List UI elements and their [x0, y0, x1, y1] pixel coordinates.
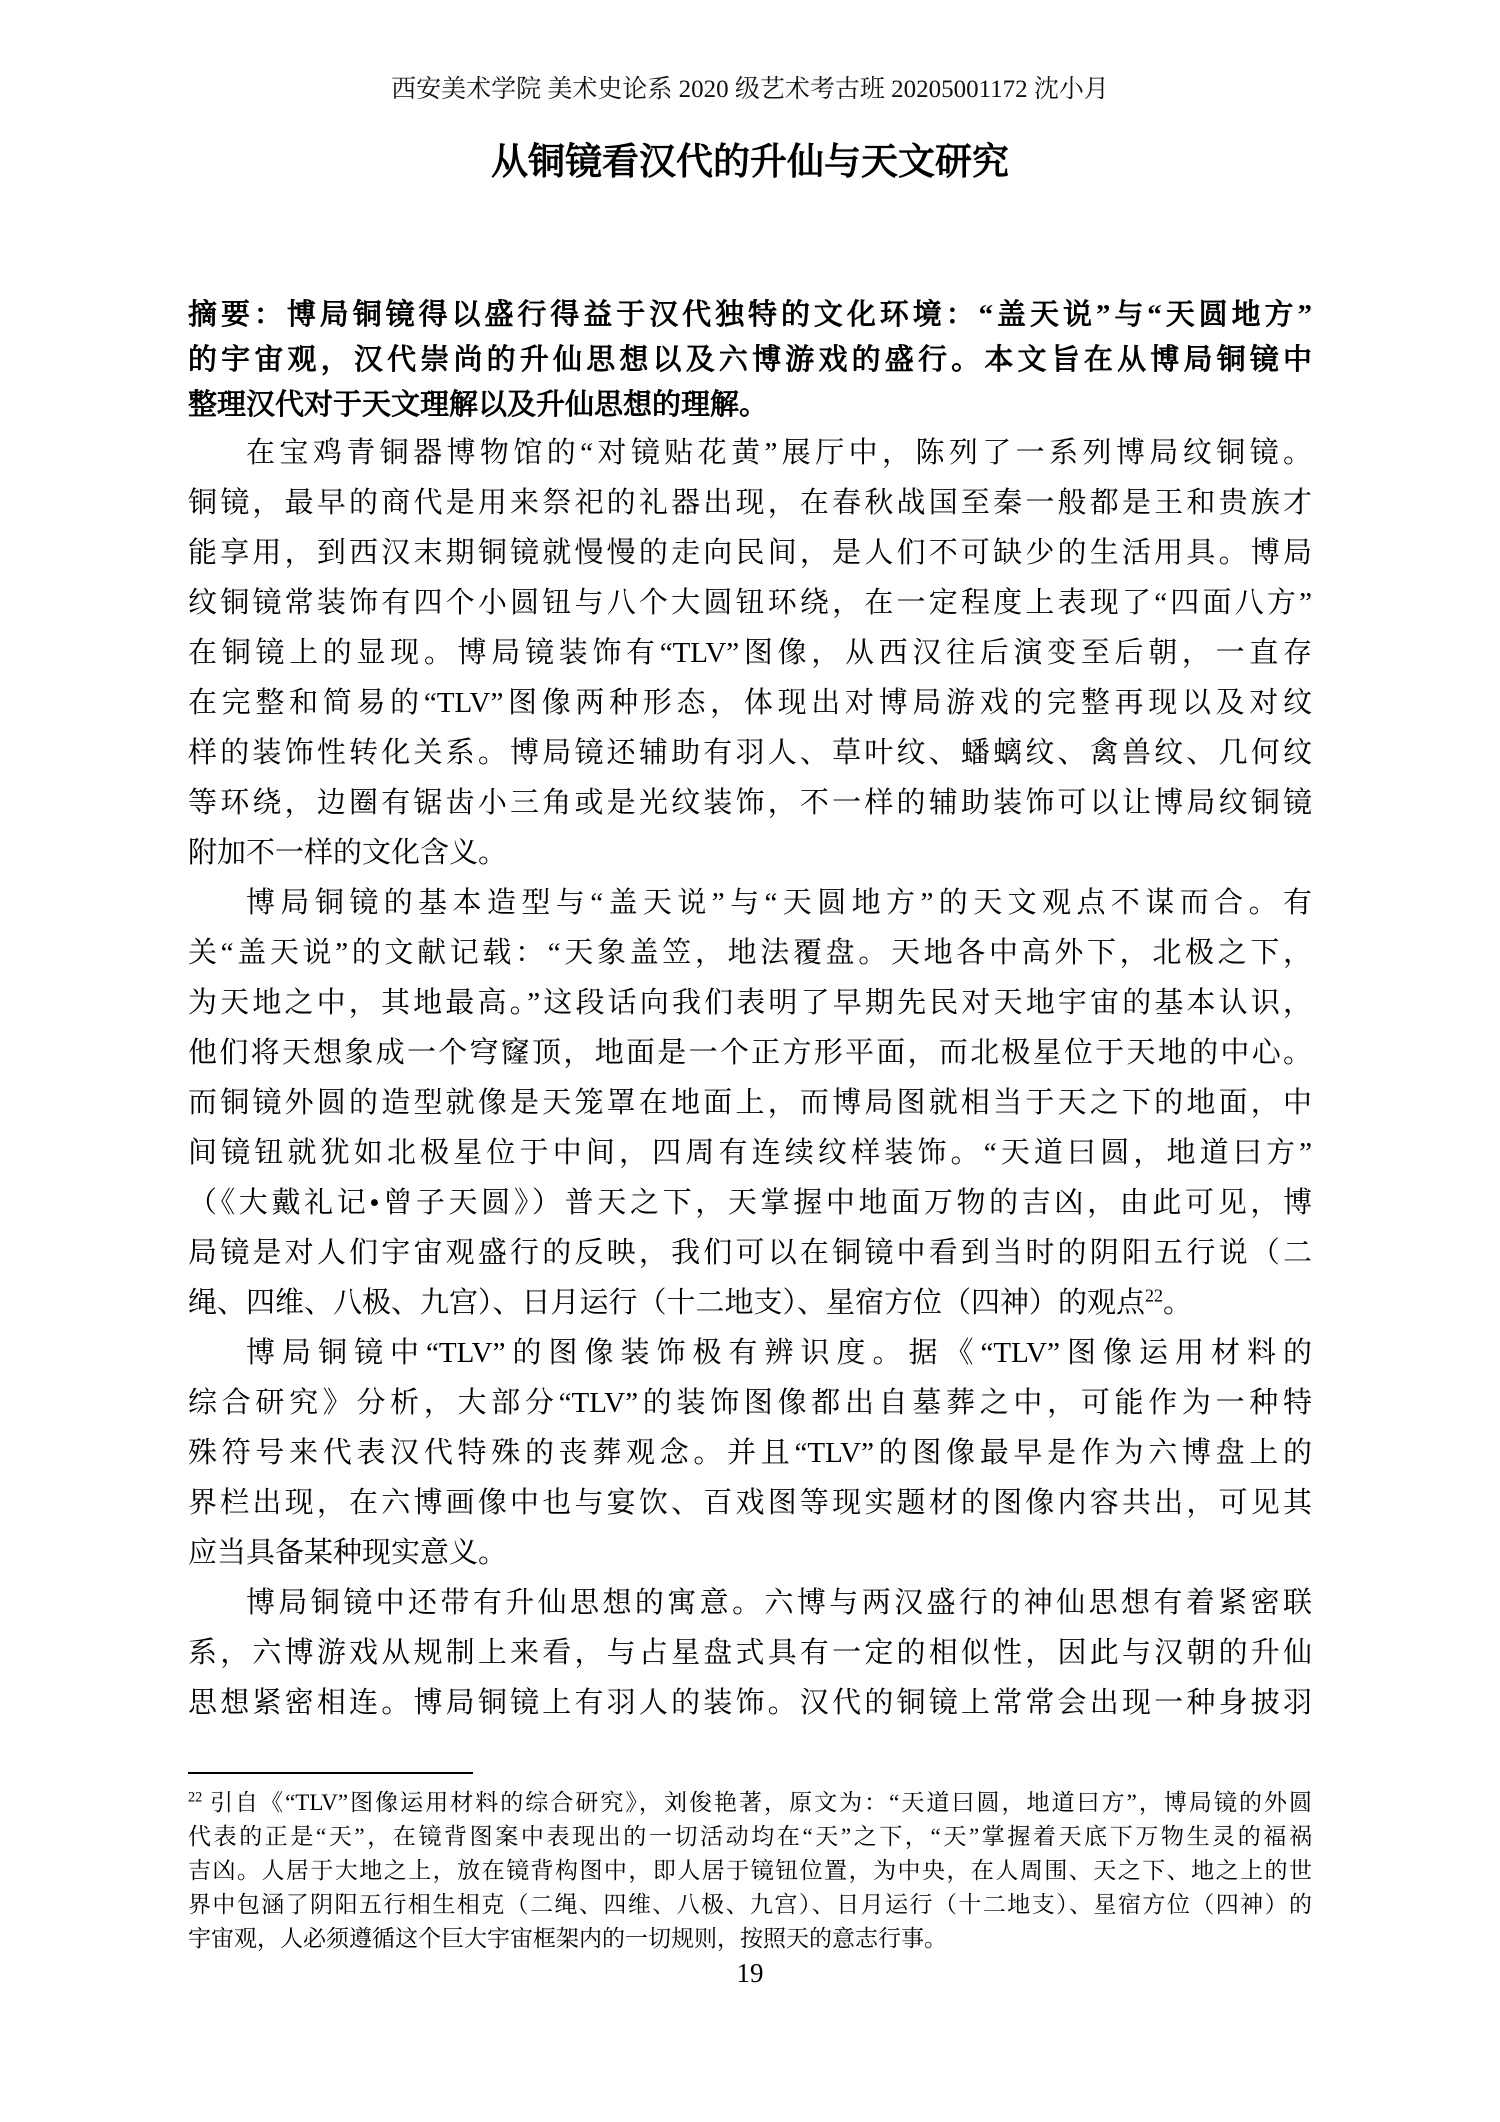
paragraph-4: 博局铜镜中还带有升仙思想的寓意。六博与两汉盛行的神仙思想有着紧密联 系，六博游戏…	[188, 1578, 1312, 1728]
body-line: 他们将天想象成一个穹窿顶，地面是一个正方形平面，而北极星位于天地的中心。	[188, 1028, 1312, 1078]
body-line: 综合研究》分析，大部分“TLV”的装饰图像都出自墓葬之中，可能作为一种特	[188, 1378, 1312, 1428]
page-number: 19	[0, 1956, 1500, 1990]
body-line: 在铜镜上的显现。博局镜装饰有“TLV”图像，从西汉往后演变至后朝，一直存	[188, 628, 1312, 678]
body-line: 能享用，到西汉末期铜镜就慢慢的走向民间，是人们不可缺少的生活用具。博局	[188, 528, 1312, 578]
paragraph-2: 博局铜镜的基本造型与“盖天说”与“天圆地方”的天文观点不谋而合。有 关“盖天说”…	[188, 878, 1312, 1328]
paragraph-3: 博局铜镜中“TLV”的图像装饰极有辨识度。据《“TLV”图像运用材料的 综合研究…	[188, 1328, 1312, 1578]
body-line: 在宝鸡青铜器博物馆的“对镜贴花黄”展厅中，陈列了一系列博局纹铜镜。	[188, 428, 1312, 478]
body-line: 应当具备某种现实意义。	[188, 1528, 1312, 1578]
body-line: 在完整和简易的“TLV”图像两种形态，体现出对博局游戏的完整再现以及对纹	[188, 678, 1312, 728]
document-page: 西安美术学院 美术史论系 2020 级艺术考古班 20205001172 沈小月…	[0, 0, 1500, 2122]
body-line: 博局铜镜中“TLV”的图像装饰极有辨识度。据《“TLV”图像运用材料的	[188, 1328, 1312, 1378]
footnote-line: 代表的正是“天”，在镜背图案中表现出的一切活动均在“天”之下，“天”掌握着天底下…	[188, 1820, 1312, 1854]
body-line: 博局铜镜中还带有升仙思想的寓意。六博与两汉盛行的神仙思想有着紧密联	[188, 1578, 1312, 1628]
body-line: 等环绕，边圈有锯齿小三角或是光纹装饰，不一样的辅助装饰可以让博局纹铜镜	[188, 778, 1312, 828]
body-line: 间镜钮就犹如北极星位于中间，四周有连续纹样装饰。“天道曰圆，地道曰方”	[188, 1128, 1312, 1178]
paragraph-1: 在宝鸡青铜器博物馆的“对镜贴花黄”展厅中，陈列了一系列博局纹铜镜。 铜镜，最早的…	[188, 428, 1312, 878]
abstract-line: 摘要：博局铜镜得以盛行得益于汉代独特的文化环境：“盖天说”与“天圆地方”	[188, 293, 1312, 338]
body-line: 为天地之中，其地最高。”这段话向我们表明了早期先民对天地宇宙的基本认识，	[188, 978, 1312, 1028]
abstract-line: 的宇宙观，汉代崇尚的升仙思想以及六博游戏的盛行。本文旨在从博局铜镜中	[188, 338, 1312, 383]
footnote-line-text: 引自《“TLV”图像运用材料的综合研究》，刘俊艳著，原文为：“天道曰圆，地道曰方…	[202, 1790, 1312, 1815]
footnote-ref-superscript: 22	[1145, 1285, 1163, 1305]
header-line: 西安美术学院 美术史论系 2020 级艺术考古班 20205001172 沈小月	[0, 74, 1500, 106]
body-line: 思想紧密相连。博局铜镜上有羽人的装饰。汉代的铜镜上常常会出现一种身披羽	[188, 1678, 1312, 1728]
footnote-line: 吉凶。人居于大地之上，放在镜背构图中，即人居于镜钮位置，为中央，在人周围、天之下…	[188, 1854, 1312, 1888]
body-line-with-footnote-ref: 绳、四维、八极、九宫）、日月运行（十二地支）、星宿方位（四神）的观点22。	[188, 1278, 1312, 1328]
footnote-line: 宇宙观，人必须遵循这个巨大宇宙框架内的一切规则，按照天的意志行事。	[188, 1922, 1312, 1956]
body-line: （《大戴礼记•曾子天圆》）普天之下，天掌握中地面万物的吉凶，由此可见，博	[188, 1178, 1312, 1228]
paper-title: 从铜镜看汉代的升仙与天文研究	[0, 134, 1500, 190]
abstract: 摘要：博局铜镜得以盛行得益于汉代独特的文化环境：“盖天说”与“天圆地方” 的宇宙…	[188, 293, 1312, 428]
body-line: 局镜是对人们宇宙观盛行的反映，我们可以在铜镜中看到当时的阴阳五行说（二	[188, 1228, 1312, 1278]
body-line-tail: 。	[1163, 1287, 1192, 1319]
body-line: 系，六博游戏从规制上来看，与占星盘式具有一定的相似性，因此与汉朝的升仙	[188, 1628, 1312, 1678]
body-text: 在宝鸡青铜器博物馆的“对镜贴花黄”展厅中，陈列了一系列博局纹铜镜。 铜镜，最早的…	[188, 428, 1312, 1728]
footnote-number: 22	[188, 1789, 202, 1805]
body-line: 纹铜镜常装饰有四个小圆钮与八个大圆钮环绕，在一定程度上表现了“四面八方”	[188, 578, 1312, 628]
footnote-line: 22 引自《“TLV”图像运用材料的综合研究》，刘俊艳著，原文为：“天道曰圆，地…	[188, 1786, 1312, 1820]
footnote: 22 引自《“TLV”图像运用材料的综合研究》，刘俊艳著，原文为：“天道曰圆，地…	[188, 1786, 1312, 1956]
body-line: 而铜镜外圆的造型就像是天笼罩在地面上，而博局图就相当于天之下的地面，中	[188, 1078, 1312, 1128]
body-line: 博局铜镜的基本造型与“盖天说”与“天圆地方”的天文观点不谋而合。有	[188, 878, 1312, 928]
footnote-line: 界中包涵了阴阳五行相生相克（二绳、四维、八极、九宫）、日月运行（十二地支）、星宿…	[188, 1888, 1312, 1922]
body-line: 附加不一样的文化含义。	[188, 828, 1312, 878]
body-line: 殊符号来代表汉代特殊的丧葬观念。并且“TLV”的图像最早是作为六博盘上的	[188, 1428, 1312, 1478]
body-line: 铜镜，最早的商代是用来祭祀的礼器出现，在春秋战国至秦一般都是王和贵族才	[188, 478, 1312, 528]
body-line-text: 绳、四维、八极、九宫）、日月运行（十二地支）、星宿方位（四神）的观点	[188, 1287, 1145, 1319]
body-line: 关“盖天说”的文献记载：“天象盖笠，地法覆盘。天地各中高外下，北极之下，	[188, 928, 1312, 978]
body-line: 界栏出现，在六博画像中也与宴饮、百戏图等现实题材的图像内容共出，可见其	[188, 1478, 1312, 1528]
abstract-line: 整理汉代对于天文理解以及升仙思想的理解。	[188, 383, 1312, 428]
body-line: 样的装饰性转化关系。博局镜还辅助有羽人、草叶纹、蟠螭纹、禽兽纹、几何纹	[188, 728, 1312, 778]
footnote-separator-rule	[188, 1772, 473, 1774]
